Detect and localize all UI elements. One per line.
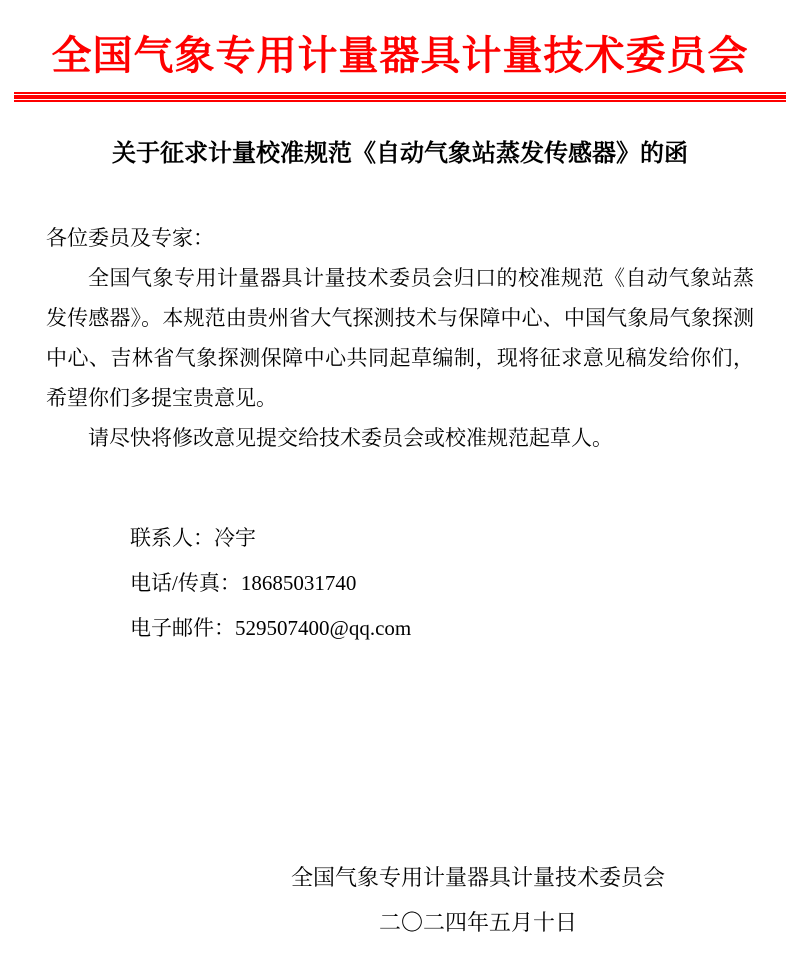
contact-person-line: 联系人：冷宇 bbox=[130, 516, 411, 561]
salutation: 各位委员及专家： bbox=[46, 218, 754, 258]
contact-person-value: 冷宇 bbox=[214, 526, 256, 550]
contact-email-label: 电子邮件： bbox=[130, 616, 235, 640]
signature-date: 二〇二四年五月十日 bbox=[156, 900, 800, 945]
contact-email-line: 电子邮件：529507400@qq.com bbox=[130, 606, 411, 651]
body-text: 全国气象专用计量器具计量技术委员会归口的校准规范《自动气象站蒸发传感器》。本规范… bbox=[46, 258, 754, 458]
contact-phone-line: 电话/传真：18685031740 bbox=[130, 561, 411, 606]
contact-phone-label: 电话/传真： bbox=[130, 571, 241, 595]
signature-org-name: 全国气象专用计量器具计量技术委员会 bbox=[156, 855, 800, 900]
contact-email-value: 529507400@qq.com bbox=[235, 616, 411, 640]
signature-block: 全国气象专用计量器具计量技术委员会 二〇二四年五月十日 bbox=[156, 855, 800, 945]
contact-block: 联系人：冷宇 电话/传真：18685031740 电子邮件：529507400@… bbox=[130, 516, 411, 651]
document-page: 全国气象专用计量器具计量技术委员会 关于征求计量校准规范《自动气象站蒸发传感器》… bbox=[0, 0, 800, 978]
contact-person-label: 联系人： bbox=[130, 526, 214, 550]
paragraph-1: 全国气象专用计量器具计量技术委员会归口的校准规范《自动气象站蒸发传感器》。本规范… bbox=[46, 258, 754, 418]
paragraph-2: 请尽快将修改意见提交给技术委员会或校准规范起草人。 bbox=[46, 418, 754, 458]
document-title: 关于征求计量校准规范《自动气象站蒸发传感器》的函 bbox=[0, 132, 800, 176]
letterhead-divider-rule bbox=[14, 92, 786, 102]
letterhead-org-title: 全国气象专用计量器具计量技术委员会 bbox=[0, 28, 800, 84]
contact-phone-value: 18685031740 bbox=[241, 571, 357, 595]
